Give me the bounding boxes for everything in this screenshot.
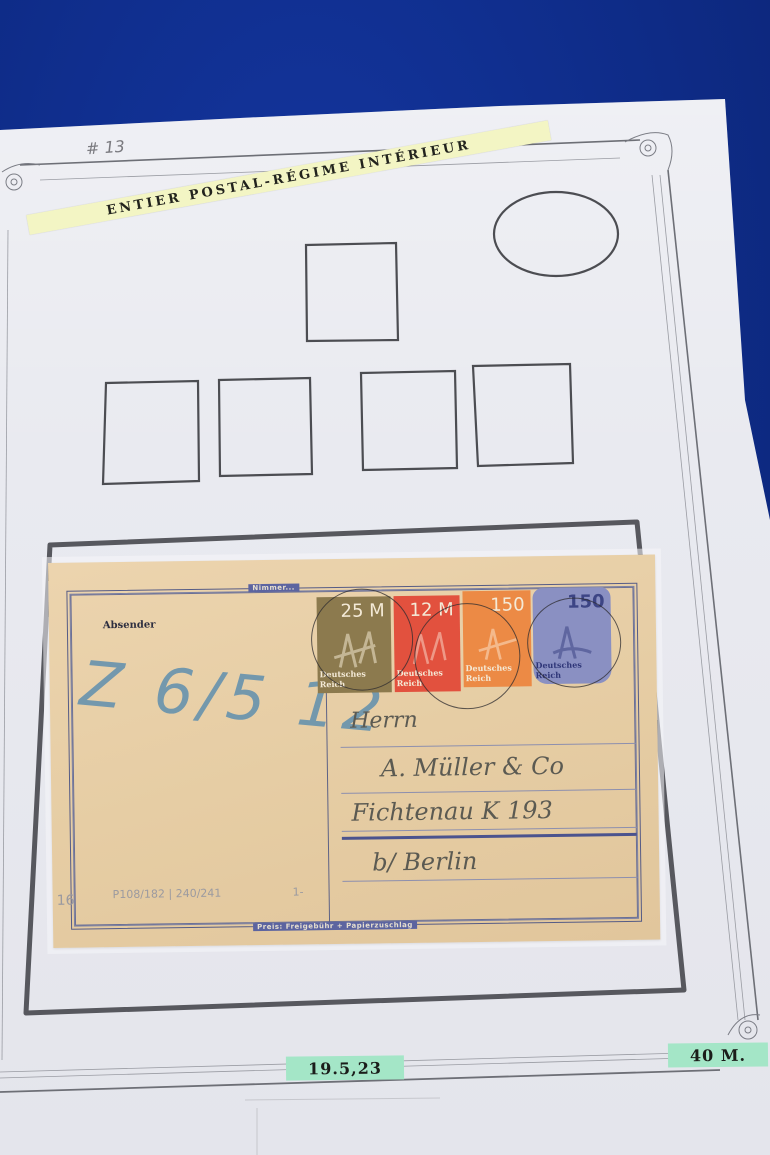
postal-stationery-card: Nimmer... Preis: Freigebühr + Papierzusc… xyxy=(48,555,660,948)
address-line-4: b/ Berlin xyxy=(372,847,478,876)
handwritten-page-number: # 13 xyxy=(85,137,125,159)
sender-label: Absender xyxy=(103,620,156,632)
card-footer-banner: Preis: Freigebühr + Papierzuschlag xyxy=(253,921,417,931)
pencil-catalog-note: P108/182 | 240/241 xyxy=(113,887,222,902)
photo-scene: # 13 ENTIER POSTAL-RÉGIME INTÉRIEUR Nimm… xyxy=(0,0,770,1155)
address-line-1: Herrn xyxy=(350,708,418,734)
date-label: 19.5,23 xyxy=(286,1055,404,1080)
corner-pencil-note: 16 xyxy=(57,893,75,909)
card-header-banner: Nimmer... xyxy=(248,583,299,592)
pencil-mark: 1- xyxy=(293,885,304,898)
address-line-3: Fichtenau K 193 xyxy=(351,796,553,827)
address-line-2: A. Müller & Co xyxy=(381,752,564,783)
price-label: 40 M. xyxy=(668,1042,768,1067)
